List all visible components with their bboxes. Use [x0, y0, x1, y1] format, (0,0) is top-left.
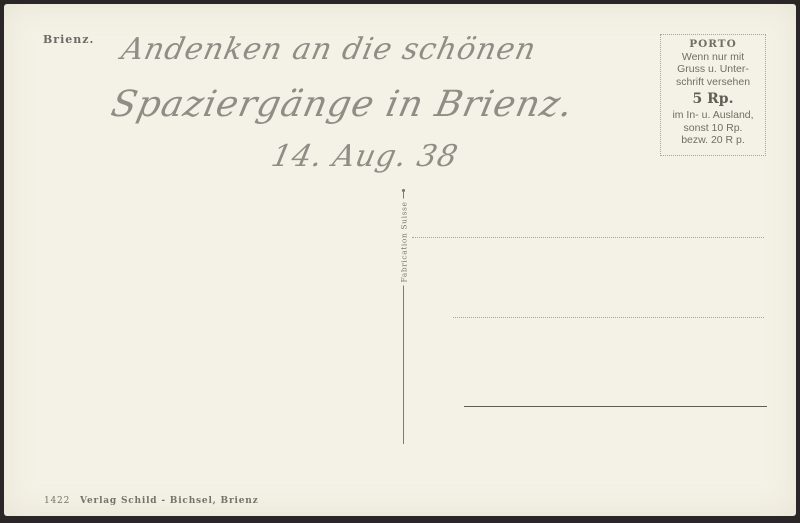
stamp-box: PORTO Wenn nur mit Gruss u. Unter- schri… — [660, 34, 766, 156]
stamp-text-6: bezw. 20 R p. — [661, 134, 765, 147]
postcard-back: Brienz. Andenken an die schönen Spazierg… — [4, 4, 796, 516]
address-line-3 — [464, 406, 767, 407]
stamp-rate: 5 Rp. — [661, 90, 765, 108]
publisher-name: Verlag Schild - Bichsel, Brienz — [80, 496, 258, 506]
fabrication-text: Fabrication Suisse — [400, 198, 409, 285]
publisher-imprint: 1422 Verlag Schild - Bichsel, Brienz — [44, 496, 258, 506]
handwritten-line-1: Andenken an die schönen — [118, 32, 539, 67]
place-label: Brienz. — [43, 33, 94, 46]
card-number: 1422 — [44, 496, 70, 506]
stamp-text-1: Wenn nur mit — [661, 51, 765, 64]
stamp-text-2: Gruss u. Unter- — [661, 63, 765, 76]
handwritten-line-2: Spaziergänge in Brienz. — [108, 84, 578, 125]
address-line-2 — [453, 317, 764, 318]
stamp-text-5: sonst 10 Rp. — [661, 122, 765, 135]
stamp-title: PORTO — [661, 38, 765, 51]
stamp-text-3: schrift versehen — [661, 76, 765, 89]
address-line-1 — [412, 237, 764, 238]
stamp-text-4: im In- u. Ausland, — [661, 109, 765, 122]
handwritten-date: 14. Aug. 38 — [268, 139, 461, 174]
